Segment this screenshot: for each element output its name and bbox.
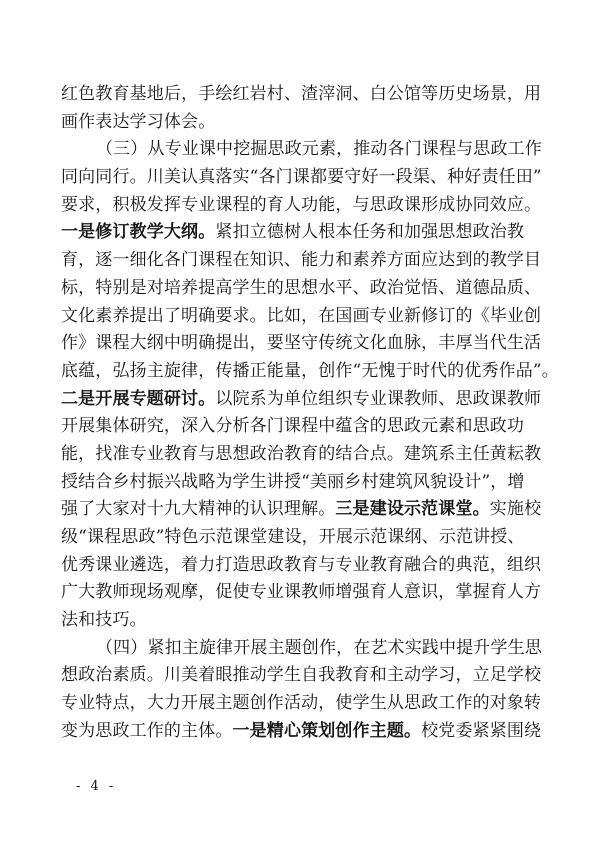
text-segment: 以院系为单位组织专业课教师、思政课教师 [215,389,541,409]
text-segment: 专业特点，大力开展主题创作活动，使学生从思政工作的对象转 [61,693,541,713]
text-segment: 强了大家对十九大精神的认识理解。 [61,499,335,519]
bold-text-segment: 一是精心策划创作主题。 [233,721,422,741]
text-segment: 要求，积极发挥专业课程的育人功能，与思政课形成协同效应。 [61,195,541,215]
document-line: 底蕴，弘扬主旋律，传播正能量，创作“无愧于时代的优秀作品”。 [61,358,547,386]
document-line: 育，逐一细化各门课程在知识、能力和素养方面应达到的教学目 [61,247,547,275]
text-segment: 变为思政工作的主体。 [61,721,233,741]
document-line: 专业特点，大力开展主题创作活动，使学生从思政工作的对象转 [61,690,547,718]
document-line: 授结合乡村振兴战略为学生讲授“美丽乡村建筑风貌设计”，增 [61,469,547,497]
text-segment: 级“课程思政”特色示范课堂建设，开展示范课纲、示范讲授、 [61,527,525,547]
document-line: 红色教育基地后，手绘红岩村、渣滓洞、白公馆等历史场景，用 [61,81,547,109]
text-segment: 优秀课业遴选，着力打造思政教育与专业教育融合的典范，组织 [61,555,541,575]
document-line: （四）紧扣主旋律开展主题创作，在艺术实践中提升学生思 [61,635,547,663]
text-segment: 开展集体研究，深入分析各门课程中蕴含的思政元素和思政功 [61,416,524,436]
text-segment: 实施校 [490,499,541,519]
document-line: 优秀课业遴选，着力打造思政教育与专业教育融合的典范，组织 [61,552,547,580]
document-line: 强了大家对十九大精神的认识理解。三是建设示范课堂。实施校 [61,496,547,524]
document-line: 级“课程思政”特色示范课堂建设，开展示范课纲、示范讲授、 [61,524,547,552]
bold-text-segment: 一是修订教学大纲。 [61,222,215,242]
document-line: 法和技巧。 [61,607,547,635]
text-segment: 底蕴，弘扬主旋律，传播正能量，创作“无愧于时代的优秀作品”。 [61,361,559,381]
page-number: - 4 - [76,779,116,795]
document-line: 作》课程大纲中明确提出，要坚守传统文化血脉，丰厚当代生活 [61,330,547,358]
document-line: 能，找准专业教育与思想政治教育的结合点。建筑系主任黄耘教 [61,441,547,469]
text-segment: 想政治素质。川美着眼推动学生自我教育和主动学习，立足学校 [61,665,541,685]
text-segment: 广大教师现场观摩，促使专业课教师增强育人意识，掌握育人方 [61,582,541,602]
document-line: 一是修订教学大纲。紧扣立德树人根本任务和加强思想政治教 [61,219,547,247]
text-segment: 作》课程大纲中明确提出，要坚守传统文化血脉，丰厚当代生活 [61,333,541,353]
document-line: 文化素养提出了明确要求。比如，在国画专业新修订的《毕业创 [61,303,547,331]
document-lines: 红色教育基地后，手绘红岩村、渣滓洞、白公馆等历史场景，用画作表达学习体会。（三）… [61,81,547,746]
text-segment: 同向同行。川美认真落实“各门课都要守好一段渠、种好责任田” [61,167,542,187]
document-line: 想政治素质。川美着眼推动学生自我教育和主动学习，立足学校 [61,662,547,690]
text-segment: 紧扣立德树人根本任务和加强思想政治教 [215,222,524,242]
text-segment: 文化素养提出了明确要求。比如，在国画专业新修订的《毕业创 [61,306,541,326]
document-line: 开展集体研究，深入分析各门课程中蕴含的思政元素和思政功 [61,413,547,441]
document-page: 红色教育基地后，手绘红岩村、渣滓洞、白公馆等历史场景，用画作表达学习体会。（三）… [0,0,600,849]
text-segment: （四）紧扣主旋律开展主题创作，在艺术实践中提升学生思 [96,638,542,658]
text-segment: 校党委紧紧围绕 [421,721,541,741]
document-line: 同向同行。川美认真落实“各门课都要守好一段渠、种好责任田” [61,164,547,192]
text-segment: 画作表达学习体会。 [61,112,215,132]
text-segment: 能，找准专业教育与思想政治教育的结合点。建筑系主任黄耘教 [61,444,541,464]
text-segment: 红色教育基地后，手绘红岩村、渣滓洞、白公馆等历史场景，用 [61,84,541,104]
bold-text-segment: 二是开展专题研讨。 [61,389,215,409]
text-segment: 授结合乡村振兴战略为学生讲授“美丽乡村建筑风貌设计”，增 [61,472,525,492]
document-line: （三）从专业课中挖掘思政元素，推动各门课程与思政工作 [61,136,547,164]
text-segment: 育，逐一细化各门课程在知识、能力和素养方面应达到的教学目 [61,250,541,270]
document-line: 画作表达学习体会。 [61,109,547,137]
text-segment: （三）从专业课中挖掘思政元素，推动各门课程与思政工作 [96,139,542,159]
document-line: 标，特别是对培养提高学生的思想水平、政治觉悟、道德品质、 [61,275,547,303]
document-line: 广大教师现场观摩，促使专业课教师增强育人意识，掌握育人方 [61,579,547,607]
document-line: 二是开展专题研讨。以院系为单位组织专业课教师、思政课教师 [61,386,547,414]
bold-text-segment: 三是建设示范课堂。 [335,499,489,519]
text-segment: 标，特别是对培养提高学生的思想水平、政治觉悟、道德品质、 [61,278,541,298]
document-line: 变为思政工作的主体。一是精心策划创作主题。校党委紧紧围绕 [61,718,547,746]
document-line: 要求，积极发挥专业课程的育人功能，与思政课形成协同效应。 [61,192,547,220]
text-segment: 法和技巧。 [61,610,147,630]
